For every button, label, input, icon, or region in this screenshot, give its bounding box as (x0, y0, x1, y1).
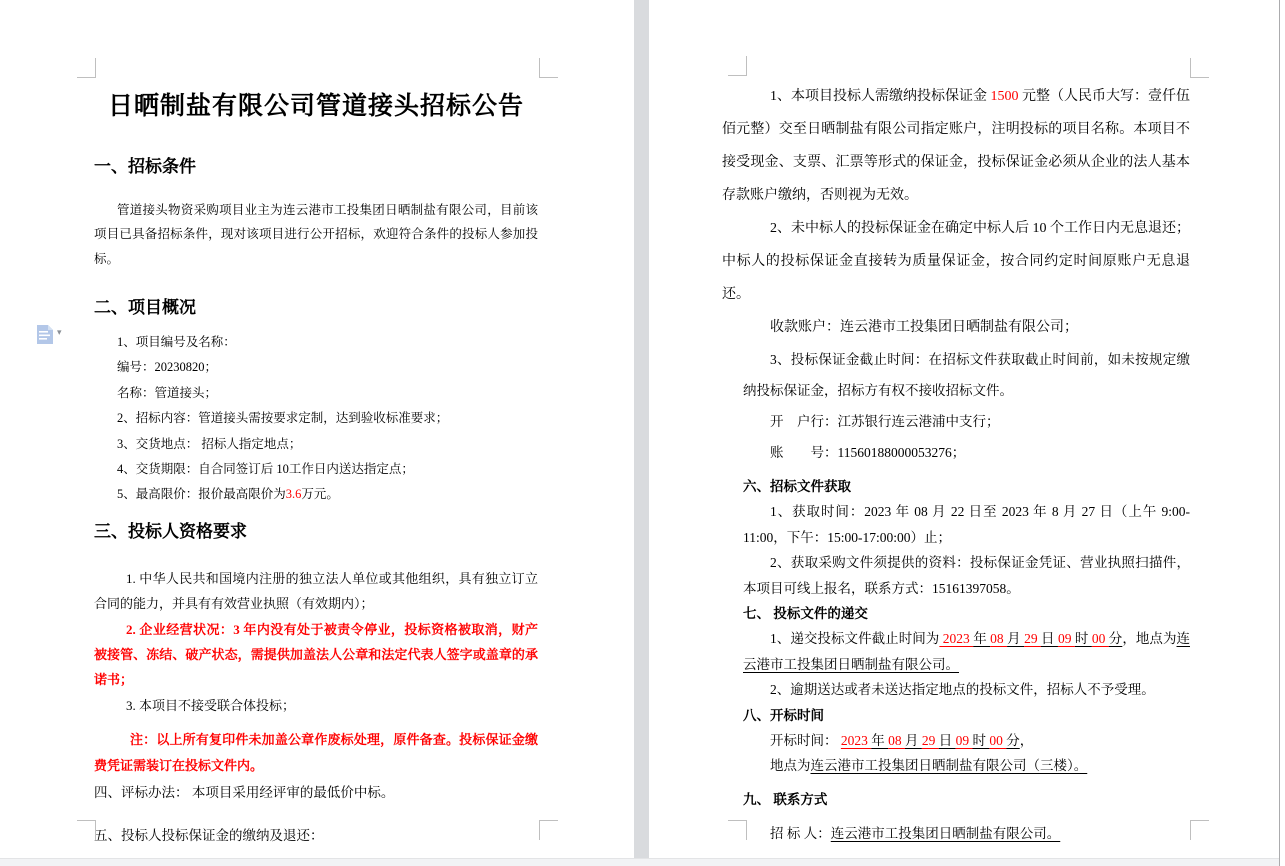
para-qualification-2: 2. 企业经营状况：3 年内没有处于被责令停业，投标资格被取消，财产被接管、冻结… (94, 617, 538, 693)
chevron-down-icon[interactable]: ▾ (57, 326, 62, 340)
list-item: 2、招标内容：管道接头需按要求定制，达到验收标准要求； (117, 406, 538, 431)
heading-tender-conditions: 一、招标条件 (94, 156, 538, 178)
page2-margin-mark-top-right (1190, 58, 1209, 78)
document-canvas: 日晒制盐有限公司管道接头招标公告 一、招标条件 管道接头物资采购项目业主为连云港… (0, 0, 1285, 866)
line-opening-time: 开标时间： 2023 年 08 月 29 日 09 时 00 分， (743, 728, 1190, 753)
para-tender-conditions: 管道接头物资采购项目业主为连云港市工投集团日晒制盐有限公司，目前该项目已具备招标… (94, 198, 538, 271)
heading-project-overview: 二、项目概况 (94, 297, 538, 319)
page2-margin-mark-bottom-right (1190, 820, 1209, 840)
para-submission-deadline: 1、递交投标文件截止时间为 2023 年 08 月 29 日 09 时 00 分… (743, 626, 1190, 677)
list-item: 1、项目编号及名称： (117, 330, 538, 355)
para-bond-deadline: 3、投标保证金截止时间：在招标文件获取截止时间前，如未按规定缴纳投标保证金，招标… (743, 344, 1190, 406)
page1-margin-mark-bottom-right (539, 820, 558, 840)
sections-6-9-block: 六、招标文件获取 1、获取时间：2023 年 08 月 22 日至 2023 年… (743, 474, 1190, 847)
page1-margin-mark-top-left (77, 58, 96, 78)
para-qualification-3: 3. 本项目不接受联合体投标； (94, 693, 538, 718)
line-payee-account: 收款账户：连云港市工投集团日晒制盐有限公司； (722, 311, 1190, 344)
page1-margin-mark-bottom-left (77, 820, 96, 840)
line-account-number: 账 号：11560188000053276； (743, 437, 1190, 468)
para-acquisition-time: 1、获取时间：2023 年 08 月 22 日至 2023 年 8 月 27 日… (743, 499, 1190, 550)
list-item: 3、交货地点： 招标人指定地点； (117, 432, 538, 457)
page-1: 日晒制盐有限公司管道接头招标公告 一、招标条件 管道接头物资采购项目业主为连云港… (0, 0, 634, 866)
list-item-max-price: 5、最高限价：报价最高限价为3.6万元。 (117, 482, 538, 507)
list-item: 4、交货期限：自合同签订后 10工作日内送达指定点； (117, 457, 538, 482)
page2-margin-mark-top-left (728, 56, 747, 76)
bond-deadline-block: 3、投标保证金截止时间：在招标文件获取截止时间前，如未按规定缴纳投标保证金，招标… (743, 344, 1190, 468)
page2-margin-mark-bottom-left (728, 820, 747, 840)
list-item: 编号：20230820； (117, 355, 538, 380)
para-bond-amount: 1、本项目投标人需缴纳投标保证金 1500 元整（人民币大写：壹仟伍佰元整）交至… (722, 80, 1190, 212)
heading-contact-info: 九、 联系方式 (743, 787, 1190, 812)
line-evaluation-method: 四、评标办法： 本项目采用经评审的最低价中标。 (94, 782, 538, 804)
bid-bond-block: 1、本项目投标人需缴纳投标保证金 1500 元整（人民币大写：壹仟伍佰元整）交至… (722, 80, 1190, 344)
list-item: 名称：管道接头； (117, 381, 538, 406)
heading-bid-submission: 七、 投标文件的递交 (743, 601, 1190, 626)
page-gap (634, 0, 649, 866)
heading-bid-opening-time: 八、开标时间 (743, 703, 1190, 728)
para-acquisition-materials: 2、获取采购文件须提供的资料：投标保证金凭证、营业执照扫描件，本项目可线上报名，… (743, 550, 1190, 601)
line-bank-name: 开 户行：江苏银行连云港浦中支行； (743, 406, 1190, 437)
line-opening-location: 地点为连云港市工投集团日晒制盐有限公司（三楼）。 (743, 753, 1190, 778)
heading-bidder-qualifications: 三、投标人资格要求 (94, 521, 538, 543)
page-2: 1、本项目投标人需缴纳投标保证金 1500 元整（人民币大写：壹仟伍佰元整）交至… (649, 0, 1280, 866)
para-qualification-1: 1. 中华人民共和国境内注册的独立法人单位或其他组织，具有独立订立合同的能力，并… (94, 566, 538, 617)
doc-title: 日晒制盐有限公司管道接头招标公告 (94, 90, 538, 124)
line-tenderer-name: 招 标 人：连云港市工投集团日晒制盐有限公司。 (743, 821, 1190, 846)
window-right-border (1279, 0, 1280, 866)
bottom-scroll-track[interactable] (0, 858, 1279, 866)
paste-options-button[interactable]: ▾ (34, 321, 70, 349)
line-bid-bond-heading: 五、投标人投标保证金的缴纳及退还： (94, 825, 538, 847)
project-overview-list: 1、项目编号及名称： 编号：20230820； 名称：管道接头； 2、招标内容：… (117, 330, 538, 508)
para-bond-refund: 2、未中标人的投标保证金在确定中标人后 10 个工作日内无息退还；中标人的投标保… (722, 212, 1190, 311)
page1-margin-mark-top-right (539, 58, 558, 78)
para-qualification-note: 注：以上所有复印件未加盖公章作废标处理，原件备查。投标保证金缴费凭证需装订在投标… (94, 727, 538, 778)
heading-document-acquisition: 六、招标文件获取 (743, 474, 1190, 499)
para-late-submission: 2、逾期送达或者未送达指定地点的投标文件，招标人不予受理。 (743, 677, 1190, 702)
